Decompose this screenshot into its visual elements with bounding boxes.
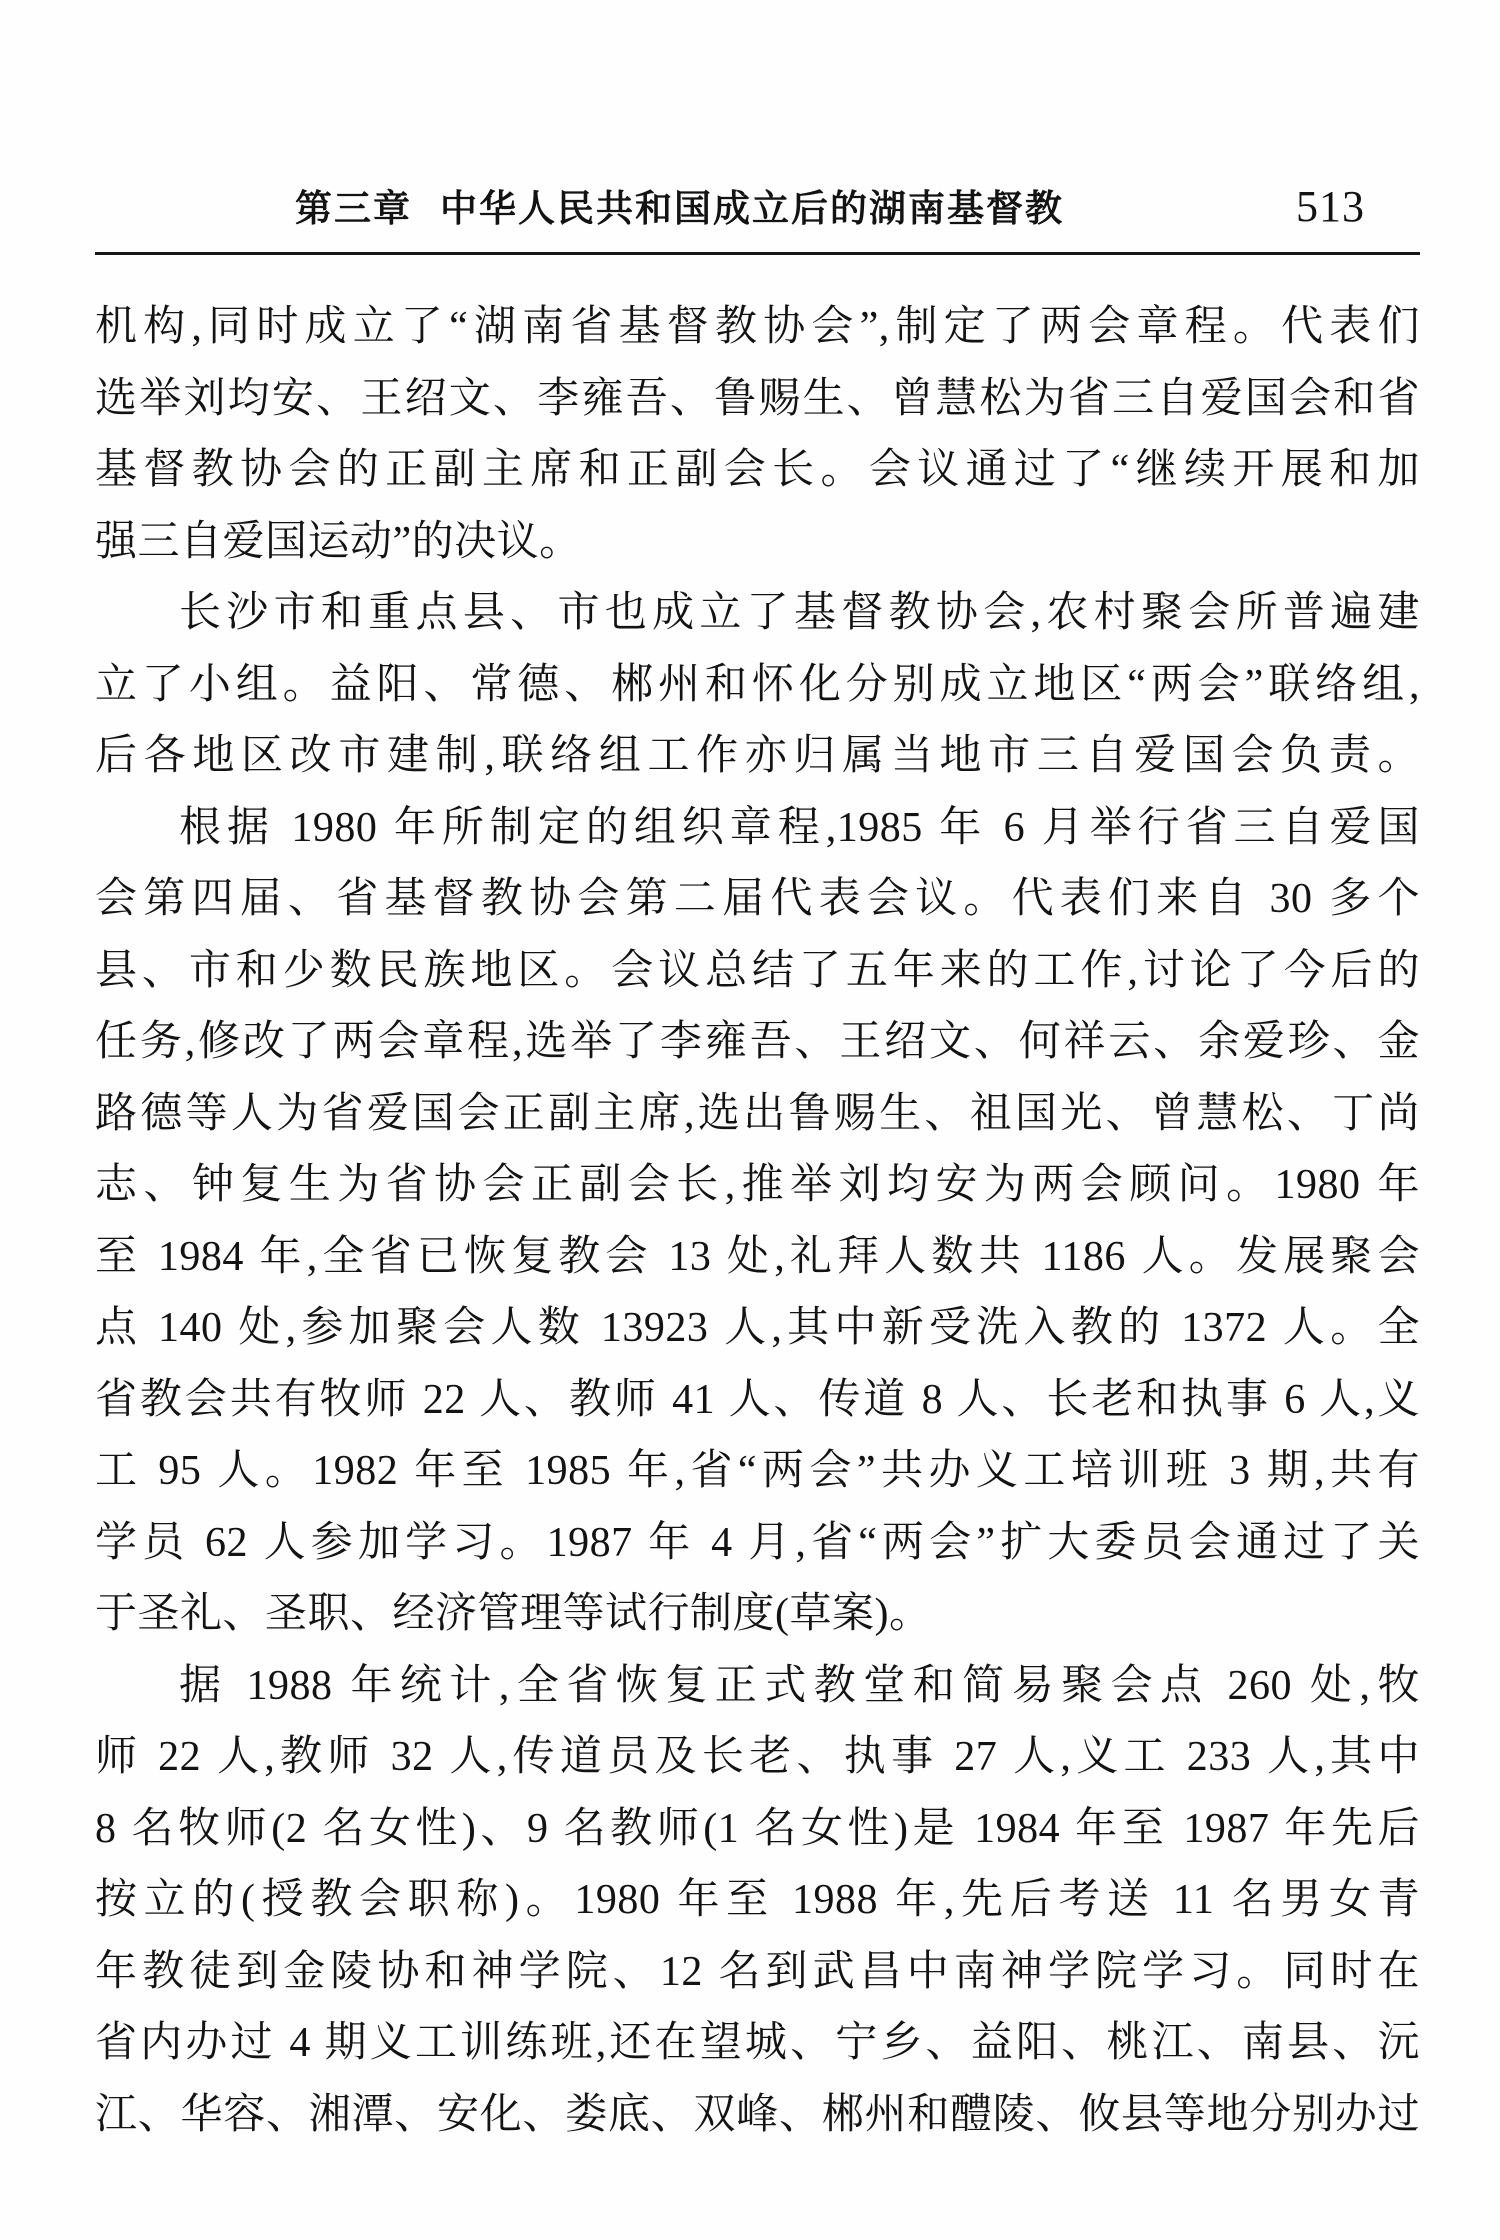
paragraph: 机构,同时成立了“湖南省基督教协会”,制定了两会章程。代表们选举刘均安、王绍文、… — [95, 292, 1420, 578]
text-line: 强三自爱国运动”的决议。 — [95, 507, 1420, 579]
text-line: 工 95 人。1982 年至 1985 年,省“两会”共办义工培训班 3 期,共… — [95, 1436, 1420, 1508]
paragraph: 根据 1980 年所制定的组织章程,1985 年 6 月举行省三自爱国会第四届、… — [95, 793, 1420, 1651]
text-line: 据 1988 年统计,全省恢复正式教堂和简易聚会点 260 处,牧 — [95, 1651, 1420, 1723]
text-line: 于圣礼、圣职、经济管理等试行制度(草案)。 — [95, 1579, 1420, 1651]
text-line: 根据 1980 年所制定的组织章程,1985 年 6 月举行省三自爱国 — [95, 793, 1420, 865]
text-line: 后各地区改市建制,联络组工作亦归属当地市三自爱国会负责。 — [95, 721, 1420, 793]
page-body: 机构,同时成立了“湖南省基督教协会”,制定了两会章程。代表们选举刘均安、王绍文、… — [95, 292, 1420, 2151]
text-line: 江、华容、湘潭、安化、娄底、双峰、郴州和醴陵、攸县等地分别办过 — [95, 2080, 1420, 2152]
book-page: 第三章中华人民共和国成立后的湖南基督教 513 机构,同时成立了“湖南省基督教协… — [0, 0, 1500, 2240]
text-line: 立了小组。益阳、常德、郴州和怀化分别成立地区“两会”联络组, — [95, 650, 1420, 722]
text-line: 省内办过 4 期义工训练班,还在望城、宁乡、益阳、桃江、南县、沅 — [95, 2008, 1420, 2080]
text-line: 路德等人为省爱国会正副主席,选出鲁赐生、祖国光、曾慧松、丁尚 — [95, 1079, 1420, 1151]
chapter-title: 中华人民共和国成立后的湖南基督教 — [440, 189, 1064, 230]
text-line: 任务,修改了两会章程,选举了李雍吾、王绍文、何祥云、余爱珍、金 — [95, 1007, 1420, 1079]
text-line: 师 22 人,教师 32 人,传道员及长老、执事 27 人,义工 233 人,其… — [95, 1722, 1420, 1794]
header-rule — [95, 252, 1420, 255]
text-line: 至 1984 年,全省已恢复教会 13 处,礼拜人数共 1186 人。发展聚会 — [95, 1222, 1420, 1294]
text-line: 县、市和少数民族地区。会议总结了五年来的工作,讨论了今后的 — [95, 936, 1420, 1008]
chapter-label: 第三章 — [295, 189, 412, 230]
chapter-heading: 第三章中华人民共和国成立后的湖南基督教 — [295, 178, 1064, 232]
text-line: 长沙市和重点县、市也成立了基督教协会,农村聚会所普遍建 — [95, 578, 1420, 650]
text-line: 年教徒到金陵协和神学院、12 名到武昌中南神学院学习。同时在 — [95, 1937, 1420, 2009]
text-line: 省教会共有牧师 22 人、教师 41 人、传道 8 人、长老和执事 6 人,义 — [95, 1365, 1420, 1437]
page-number: 513 — [1296, 181, 1365, 232]
text-line: 机构,同时成立了“湖南省基督教协会”,制定了两会章程。代表们 — [95, 292, 1420, 364]
text-line: 点 140 处,参加聚会人数 13923 人,其中新受洗入教的 1372 人。全 — [95, 1293, 1420, 1365]
text-line: 8 名牧师(2 名女性)、9 名教师(1 名女性)是 1984 年至 1987 … — [95, 1794, 1420, 1866]
text-line: 选举刘均安、王绍文、李雍吾、鲁赐生、曾慧松为省三自爱国会和省 — [95, 364, 1420, 436]
text-line: 学员 62 人参加学习。1987 年 4 月,省“两会”扩大委员会通过了关 — [95, 1508, 1420, 1580]
text-line: 会第四届、省基督教协会第二届代表会议。代表们来自 30 多个 — [95, 864, 1420, 936]
paragraph: 据 1988 年统计,全省恢复正式教堂和简易聚会点 260 处,牧师 22 人,… — [95, 1651, 1420, 2152]
text-line: 志、钟复生为省协会正副会长,推举刘均安为两会顾问。1980 年 — [95, 1150, 1420, 1222]
text-line: 基督教协会的正副主席和正副会长。会议通过了“继续开展和加 — [95, 435, 1420, 507]
running-header: 第三章中华人民共和国成立后的湖南基督教 513 — [95, 178, 1420, 232]
text-line: 按立的(授教会职称)。1980 年至 1988 年,先后考送 11 名男女青 — [95, 1865, 1420, 1937]
paragraph: 长沙市和重点县、市也成立了基督教协会,农村聚会所普遍建立了小组。益阳、常德、郴州… — [95, 578, 1420, 793]
